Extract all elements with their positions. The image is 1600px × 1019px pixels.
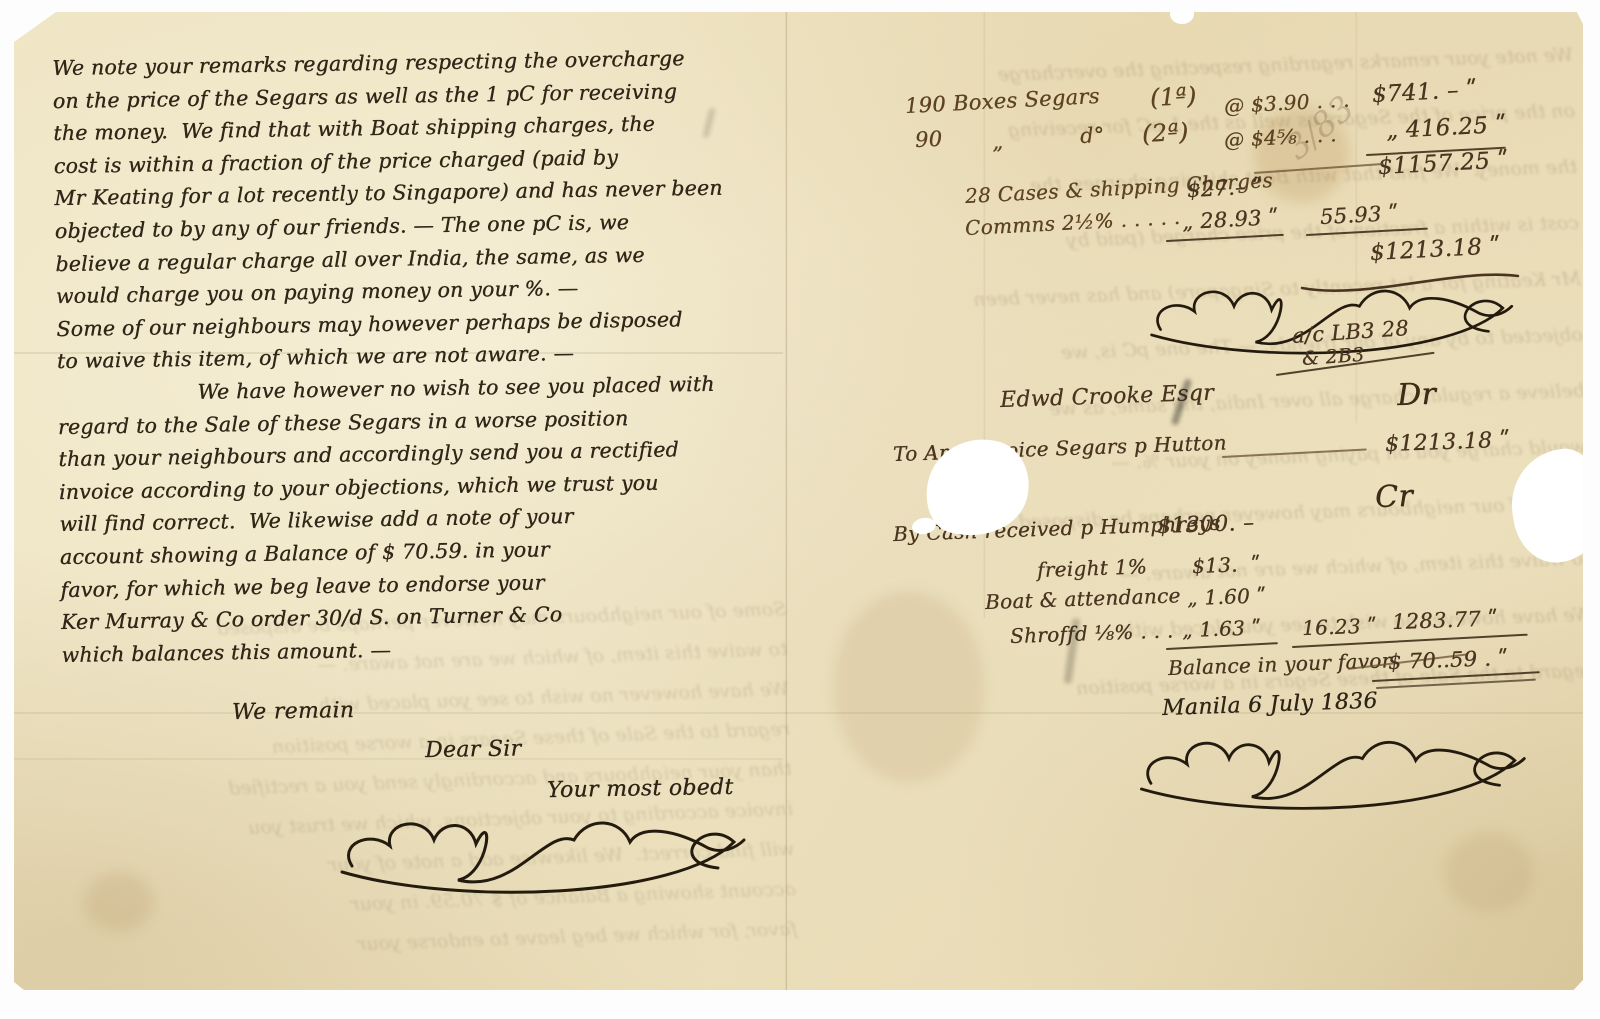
scanned-letter-stage: We note your remarks regarding respectin… (0, 0, 1600, 1019)
edge-notch-top (1170, 4, 1194, 24)
dr-line-amount: $1213.18 ʺ (1385, 428, 1511, 457)
closing-valediction: Your most obedt (547, 775, 734, 803)
invoice-row4-total: 55.93 ʺ (1319, 201, 1399, 229)
invoice-row3-amount: $27.– ʺ (1186, 174, 1263, 202)
letter-body: We note your remarks regarding respectin… (52, 40, 808, 671)
cr-line3-amount: „ 1.60 ʺ (1187, 583, 1267, 610)
invoice-row2-quality: (2ª) (1141, 118, 1189, 148)
cr-label: Cr (1374, 479, 1413, 515)
signature-flourish-letter (330, 804, 750, 900)
signature-flourish-dated (1130, 724, 1530, 816)
invoice-row4-amount: „ 28.93 ʺ (1181, 205, 1279, 234)
cr-line4-amount: „ 1.63 ʺ (1182, 615, 1262, 642)
cr-line2-desc: freight 1% (1037, 554, 1148, 582)
balance-amount: $ 70..59 . ʺ (1388, 646, 1509, 674)
cr-line2-amount: $13. ʺ (1192, 552, 1261, 578)
invoice-row2-qty: 90 (914, 127, 943, 152)
closing-we-remain: We remain (232, 698, 355, 725)
paper-stain-3 (1444, 832, 1534, 912)
cr-line1-amount: $1300. – (1157, 511, 1255, 539)
cr-net-amount: 1283.77 ʺ (1392, 606, 1499, 634)
invoice-row1-quality: (1ª) (1149, 82, 1197, 112)
invoice-row1-amount: $741. – ʺ (1371, 77, 1477, 108)
invoice-row2-desc: d° (1079, 123, 1105, 148)
cr-charges-total: 16.23 ʺ (1302, 613, 1378, 640)
paper-sheet: We note your remarks regarding respectin… (14, 12, 1583, 990)
dr-label: Dr (1396, 377, 1436, 413)
closing-salutation: Dear Sir (425, 736, 522, 763)
invoice-row2-ditto: „ (991, 129, 1003, 154)
